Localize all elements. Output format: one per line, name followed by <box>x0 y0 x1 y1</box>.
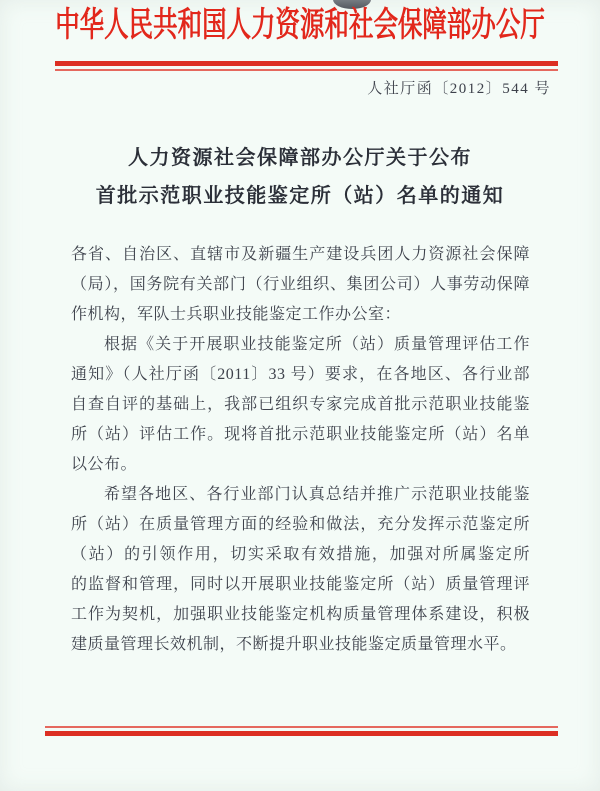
footer-rule-thick <box>45 731 558 736</box>
document-title-line2: 首批示范职业技能鉴定所（站）名单的通知 <box>0 177 600 215</box>
scanned-document-page: 中华人民共和国人力资源和社会保障部办公厅 人社厅函〔2012〕544 号 人力资… <box>0 0 600 791</box>
header-rule-thick <box>55 61 558 66</box>
masthead: 中华人民共和国人力资源和社会保障部办公厅 <box>0 5 600 47</box>
body-line: 工作为契机，加强职业技能鉴定机构质量管理体系建设，积极构 <box>71 600 530 630</box>
body-line: 根据《关于开展职业技能鉴定所（站）质量管理评估工作的 <box>71 330 530 360</box>
document-title-line1: 人力资源社会保障部办公厅关于公布 <box>0 139 600 177</box>
body-line: 作机构，军队士兵职业技能鉴定工作办公室： <box>71 300 530 330</box>
body-line: 所（站）评估工作。现将首批示范职业技能鉴定所（站）名单予 <box>71 420 530 450</box>
body-line: 以公布。 <box>71 450 530 480</box>
body-line: 的监督和管理，同时以开展职业技能鉴定所（站）质量管理评估 <box>71 570 530 600</box>
body-line: 自查自评的基础上，我部已组织专家完成首批示范职业技能鉴定 <box>71 390 530 420</box>
body-line: 建质量管理长效机制，不断提升职业技能鉴定质量管理水平。 <box>71 630 530 660</box>
body-line: 各省、自治区、直辖市及新疆生产建设兵团人力资源社会保障厅 <box>71 240 530 270</box>
document-number: 人社厅函〔2012〕544 号 <box>367 80 551 98</box>
body-line: 希望各地区、各行业部门认真总结并推广示范职业技能鉴定 <box>71 480 530 510</box>
body-line: （站）的引领作用，切实采取有效措施，加强对所属鉴定所（站） <box>71 540 530 570</box>
footer-rule-thin <box>45 726 558 728</box>
header-rule-thin <box>55 69 558 71</box>
document-body: 各省、自治区、直辖市及新疆生产建设兵团人力资源社会保障厅 （局），国务院有关部门… <box>71 240 530 660</box>
document-title: 人力资源社会保障部办公厅关于公布 首批示范职业技能鉴定所（站）名单的通知 <box>0 139 600 215</box>
body-line: 所（站）在质量管理方面的经验和做法，充分发挥示范鉴定所 <box>71 510 530 540</box>
body-line: 通知》（人社厅函〔2011〕33 号）要求，在各地区、各行业部门 <box>71 360 530 390</box>
issuer-name: 中华人民共和国人力资源和社会保障部办公厅 <box>55 5 545 47</box>
body-line: （局），国务院有关部门（行业组织、集团公司）人事劳动保障工 <box>71 270 530 300</box>
